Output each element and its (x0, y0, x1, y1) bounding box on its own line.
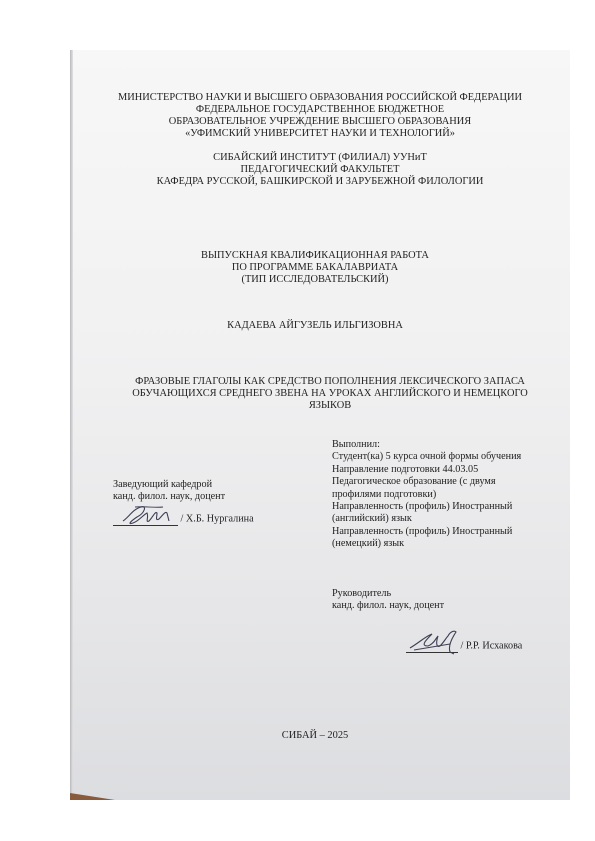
institute-line-2: ПЕДАГОГИЧЕСКИЙ ФАКУЛЬТЕТ (70, 164, 570, 176)
profile-1-line-1: Направленность (профиль) Иностранный (332, 501, 521, 513)
head-role: Заведующий кафедрой (113, 479, 254, 491)
title-line-3: ЯЗЫКОВ (90, 400, 570, 412)
city-year: СИБАЙ – 2025 (70, 730, 570, 742)
ministry-line-4: «УФИМСКИЙ УНИВЕРСИТЕТ НАУКИ И ТЕХНОЛОГИЙ… (70, 128, 570, 140)
ministry-line-2: ФЕДЕРАЛЬНОЕ ГОСУДАРСТВЕННОЕ БЮДЖЕТНОЕ (70, 104, 570, 116)
performed-by-label: Выполнил: (332, 439, 521, 451)
head-name: / Х.Б. Нургалина (181, 513, 254, 524)
supervisor-name: / Р.Р. Исхакова (461, 641, 523, 652)
supervisor-signature-row: / Р.Р. Исхакова (406, 640, 522, 653)
title-line-2: ОБУЧАЮЩИХСЯ СРЕДНЕГО ЗВЕНА НА УРОКАХ АНГ… (90, 388, 570, 400)
author-name: КАДАЕВА АЙГУЗЕЛЬ ИЛЬГИЗОВНА (70, 320, 570, 332)
institute-line-3: КАФЕДРА РУССКОЙ, БАШКИРСКОЙ И ЗАРУБЕЖНОЙ… (70, 176, 570, 188)
supervisor-signature-icon (406, 628, 462, 658)
title-line-1: ФРАЗОВЫЕ ГЛАГОЛЫ КАК СРЕДСТВО ПОПОЛНЕНИЯ… (90, 376, 570, 388)
work-type-line-2: ПО ПРОГРАММЕ БАКАЛАВРИАТА (70, 262, 570, 274)
study-direction: Направление подготовки 44.03.05 (332, 464, 521, 476)
institute-line-1: СИБАЙСКИЙ ИНСТИТУТ (ФИЛИАЛ) УУНиТ (70, 152, 570, 164)
study-program-1: Педагогическое образование (с двумя (332, 476, 521, 488)
profile-2-line-1: Направленность (профиль) Иностранный (332, 526, 521, 538)
supervisor-degree: канд. филол. наук, доцент (332, 600, 444, 612)
supervisor-signature-line (406, 640, 458, 653)
work-type-line-3: (ТИП ИССЛЕДОВАТЕЛЬСКИЙ) (70, 274, 570, 286)
document-photo: МИНИСТЕРСТВО НАУКИ И ВЫСШЕГО ОБРАЗОВАНИЯ… (70, 50, 570, 800)
ministry-line-1: МИНИСТЕРСТВО НАУКИ И ВЫСШЕГО ОБРАЗОВАНИЯ… (70, 92, 570, 104)
work-type-line-1: ВЫПУСКНАЯ КВАЛИФИКАЦИОННАЯ РАБОТА (70, 250, 570, 262)
supervisor-block: Руководитель канд. филол. наук, доцент (332, 588, 444, 613)
head-of-department-block: Заведующий кафедрой канд. филол. наук, д… (113, 479, 254, 526)
head-signature-line (113, 513, 178, 526)
student-course: Студент(ка) 5 курса очной формы обучения (332, 451, 521, 463)
head-signature-icon (119, 503, 173, 527)
performed-by-block: Выполнил: Студент(ка) 5 курса очной форм… (332, 439, 521, 551)
study-program-2: профилями подготовки) (332, 489, 521, 501)
ministry-line-3: ОБРАЗОВАТЕЛЬНОЕ УЧРЕЖДЕНИЕ ВЫСШЕГО ОБРАЗ… (70, 116, 570, 128)
profile-1-line-2: (английский) язык (332, 513, 521, 525)
table-corner (70, 793, 115, 800)
supervisor-role: Руководитель (332, 588, 444, 600)
profile-2-line-2: (немецкий) язык (332, 538, 521, 550)
